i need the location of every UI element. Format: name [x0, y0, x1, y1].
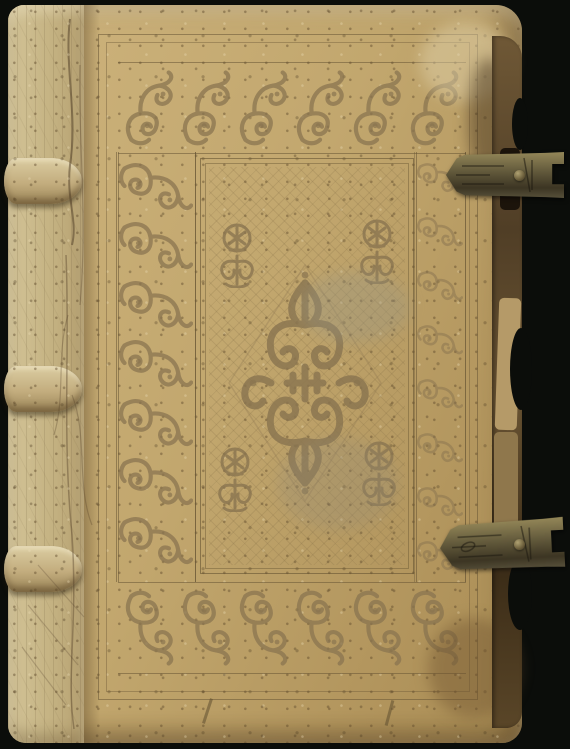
- clasp-plate: [439, 517, 565, 573]
- edge-irregularity: [512, 98, 528, 150]
- clasp-rivet: [514, 170, 525, 181]
- photograph: [0, 0, 570, 749]
- fillet-line: [416, 152, 417, 582]
- frieze-border-top: [118, 62, 466, 154]
- gray-smudge-stain: [300, 272, 410, 342]
- edge-irregularity: [510, 328, 532, 410]
- clasp-upper: [446, 152, 564, 198]
- frieze-border-left: [116, 152, 196, 582]
- fillet-line: [118, 152, 119, 582]
- gray-smudge-stain: [278, 438, 398, 530]
- frieze-border-bottom: [118, 582, 466, 674]
- fillet-line: [465, 152, 466, 582]
- clasp-lower: [439, 517, 565, 573]
- fillet-line: [195, 152, 196, 582]
- frieze-border-right: [414, 152, 466, 582]
- clasp-plate: [446, 152, 564, 198]
